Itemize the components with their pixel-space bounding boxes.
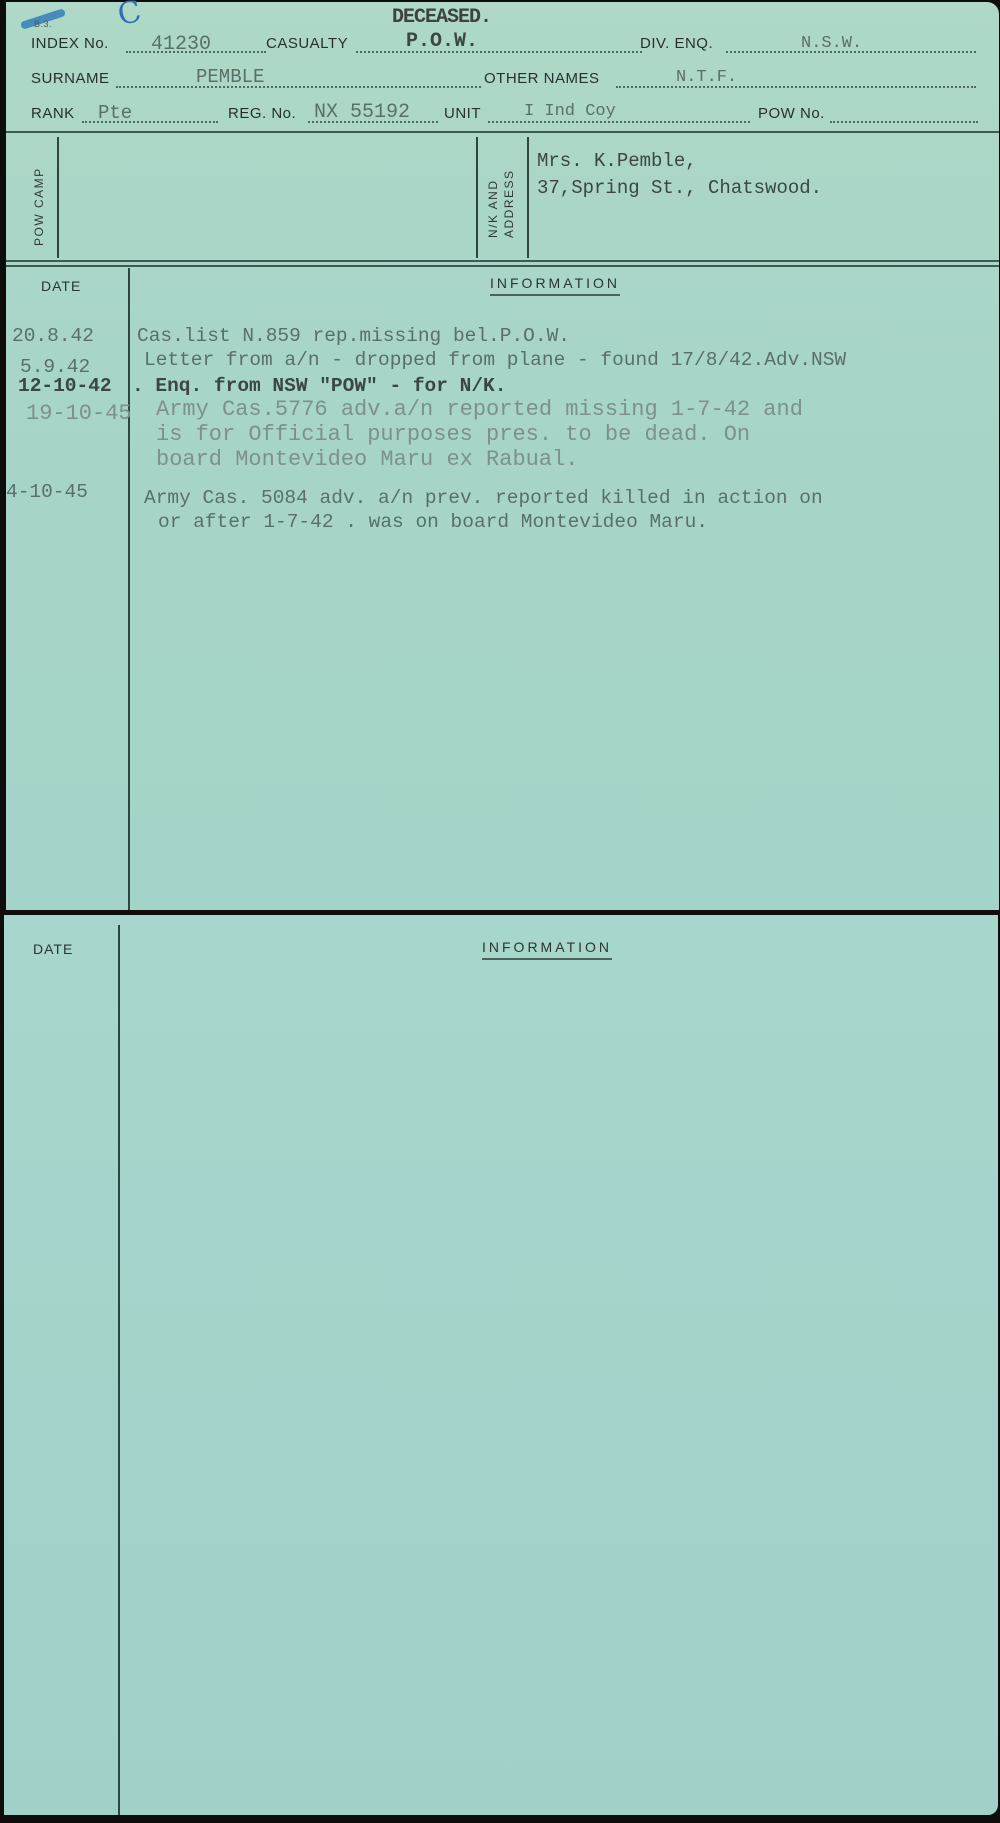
- date-column-divider: [118, 925, 120, 1815]
- other-names-label: OTHER NAMES: [484, 70, 600, 87]
- date-header: DATE: [33, 941, 73, 957]
- entry-text: Army Cas.5776 adv.a/n reported missing 1…: [156, 398, 803, 422]
- reg-no-value: NX 55192: [314, 101, 410, 124]
- rank-label: RANK: [31, 105, 75, 122]
- record-card-front: C B.3. DECEASED. INDEX No. 41230 CASUALT…: [6, 2, 999, 910]
- information-header: INFORMATION: [490, 275, 620, 296]
- entry-text: Letter from a/n - dropped from plane - f…: [144, 348, 846, 372]
- nok-address: 37,Spring St., Chatswood.: [537, 177, 822, 199]
- nok-label-line1: N/K AND: [486, 179, 500, 238]
- deceased-stamp: DECEASED.: [392, 6, 491, 29]
- pow-camp-label: POW CAMP: [32, 167, 46, 246]
- surname-line: [116, 86, 481, 88]
- div-enq-value: N.S.W.: [801, 34, 862, 53]
- entry-text: board Montevideo Maru ex Rabual.: [156, 448, 578, 472]
- entry-text: or after 1-7-42 . was on board Montevide…: [158, 510, 708, 534]
- casualty-value: P.O.W.: [406, 30, 478, 53]
- pow-no-line: [830, 121, 978, 123]
- unit-label: UNIT: [444, 105, 481, 122]
- div-enq-label: DIV. ENQ.: [640, 35, 713, 52]
- index-no-value: 41230: [151, 33, 211, 56]
- unit-line: [488, 121, 750, 123]
- pow-camp-divider: [57, 137, 59, 258]
- entry-text: Cas.list N.859 rep.missing bel.P.O.W.: [137, 324, 570, 348]
- nok-name: Mrs. K.Pemble,: [537, 150, 697, 172]
- index-no-label: INDEX No.: [31, 35, 109, 52]
- nok-right-divider: [527, 137, 529, 258]
- record-card-back: DATE INFORMATION: [4, 915, 998, 1815]
- surname-label: SURNAME: [31, 70, 110, 87]
- rank-value: Pte: [98, 102, 132, 124]
- unit-value: I Ind Coy: [524, 102, 616, 121]
- entry-text: . Enq. from NSW "POW" - for N/K.: [132, 374, 506, 398]
- section-divider-top: [6, 260, 999, 262]
- date-column-divider: [128, 268, 130, 910]
- other-names-line: [616, 86, 976, 88]
- reg-no-label: REG. No.: [228, 105, 296, 122]
- casualty-line: [356, 51, 642, 53]
- pencil-annotation: C: [115, 0, 145, 33]
- form-code: B.3.: [34, 19, 52, 29]
- date-header: DATE: [41, 278, 81, 294]
- header-divider: [6, 131, 999, 133]
- nok-label-line2: ADDRESS: [502, 169, 516, 238]
- entry-text: Army Cas. 5084 adv. a/n prev. reported k…: [144, 486, 823, 510]
- surname-value: PEMBLE: [196, 66, 264, 88]
- information-header: INFORMATION: [482, 939, 612, 960]
- entry-text: is for Official purposes pres. to be dea…: [156, 423, 750, 447]
- entry-date: 4-10-45: [6, 480, 88, 504]
- nok-left-divider: [476, 137, 478, 258]
- other-names-value: N.T.F.: [676, 68, 737, 87]
- casualty-label: CASUALTY: [266, 35, 348, 52]
- entry-date: 12-10-42: [18, 374, 112, 398]
- section-divider-bottom: [6, 265, 999, 267]
- entry-date: 19-10-45: [26, 402, 132, 426]
- pow-no-label: POW No.: [758, 105, 825, 122]
- entry-date: 20.8.42: [12, 324, 94, 348]
